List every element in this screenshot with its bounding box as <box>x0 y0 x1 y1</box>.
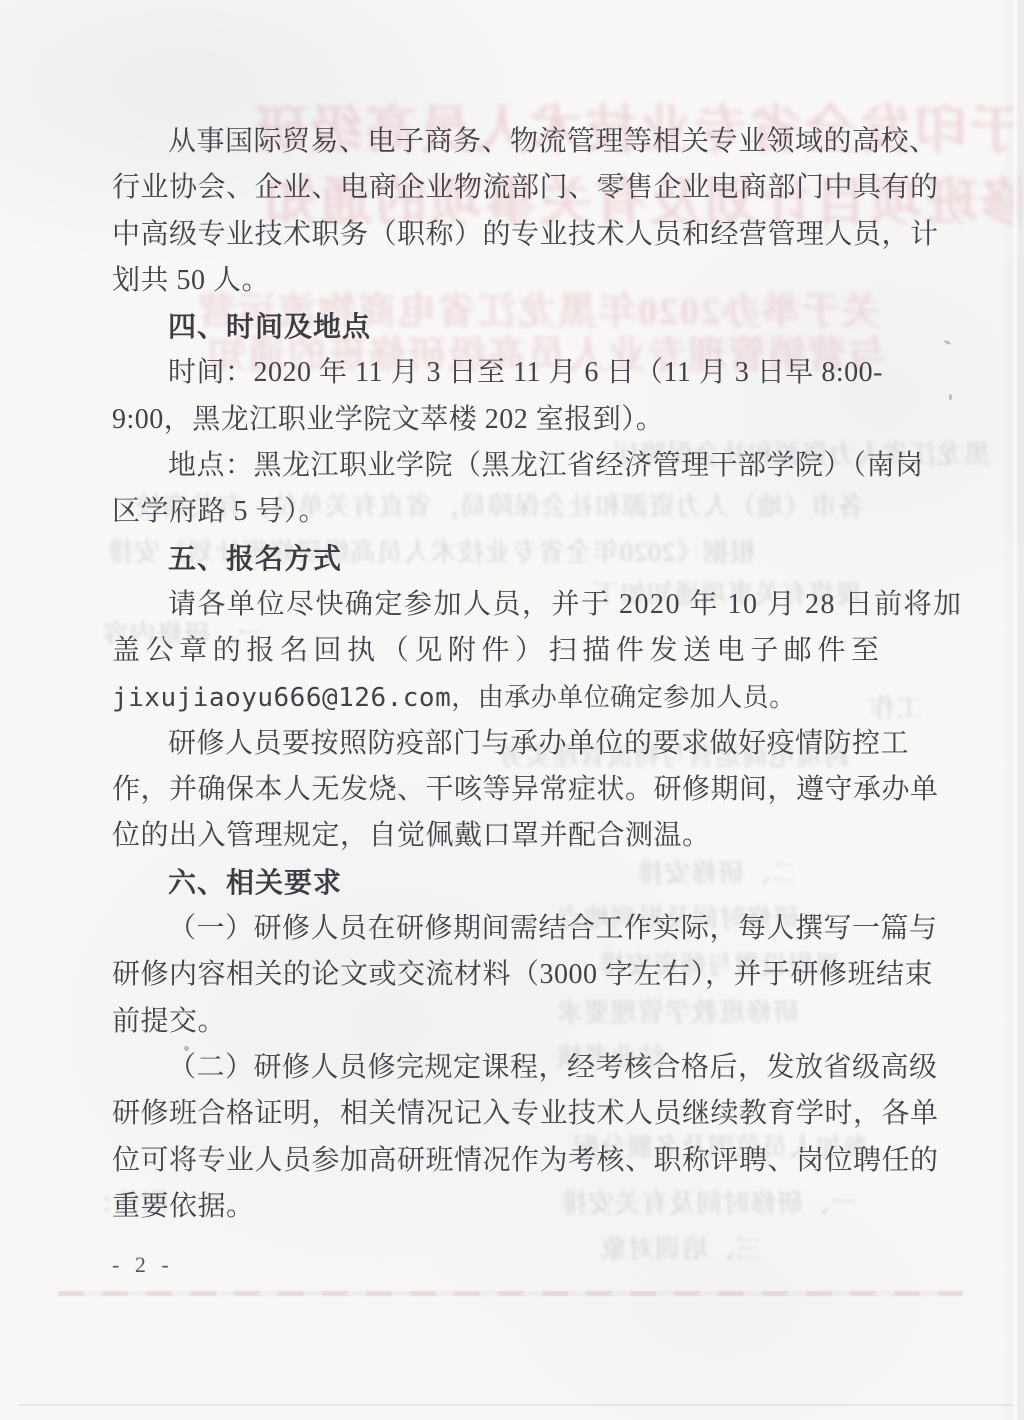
body-line: 重要依据。 <box>112 1184 884 1230</box>
body-line-place: 区学府路 5 号）。 <box>112 489 884 535</box>
body-line: 位可将专业人员参加高研班情况作为考核、职称评聘、岗位聘任的 <box>112 1138 884 1184</box>
body-line: 位的出入管理规定，自觉佩戴口罩并配合测温。 <box>112 813 884 859</box>
body-line: 盖公章的报名回执（见附件）扫描件发送电子邮件至 <box>112 628 884 674</box>
body-line: 作，并确保本人无发烧、干咳等异常症状。研修期间，遵守承办单 <box>112 767 884 813</box>
scan-speck <box>949 394 952 400</box>
body-line: 研修人员要按照防疫部门与承办单位的要求做好疫情防控工 <box>112 721 884 767</box>
scan-speck <box>184 1046 189 1051</box>
document-body: 从事国际贸易、电子商务、物流管理等相关专业领域的高校、 行业协会、企业、电商企业… <box>112 119 884 1230</box>
scan-streak <box>18 1404 1018 1406</box>
body-line: 从事国际贸易、电子商务、物流管理等相关专业领域的高校、 <box>112 119 884 165</box>
body-line: （二）研修人员修完规定课程，经考核合格后，发放省级高级 <box>112 1045 884 1091</box>
page-number: - 2 - <box>112 1252 174 1278</box>
body-line: （一）研修人员在研修期间需结合工作实际，每人撰写一篇与 <box>112 906 884 952</box>
section-heading-time-place: 四、时间及地点 <box>112 304 884 350</box>
bleedthrough-text: 三、培训对象 <box>600 1229 762 1266</box>
body-line: 划共 50 人。 <box>112 258 884 304</box>
body-line: 研修内容相关的论文或交流材料（3000 字左右），并于研修班结束 <box>112 952 884 998</box>
scan-speck <box>944 340 952 346</box>
paper-edge <box>1002 0 1024 1420</box>
body-line-time: 9:00，黑龙江职业学院文萃楼 202 室报到）。 <box>112 397 884 443</box>
section-heading-requirements: 六、相关要求 <box>112 860 884 906</box>
scanned-notice-page-2: 关于印发全省专业技术人员高级研 修班项目计划及有关事项的通知 关于举办2020年… <box>0 0 1024 1420</box>
body-line-time: 时间：2020 年 11 月 3 日至 11 月 6 日（11 月 3 日早 8… <box>112 350 884 396</box>
body-line-email: jixujiaoyu666@126.com，由承办单位确定参加人员。 <box>112 675 884 721</box>
section-heading-registration: 五、报名方式 <box>112 536 884 582</box>
body-line: 请各单位尽快确定参加人员，并于 2020 年 10 月 28 日前将加 <box>112 582 884 628</box>
scan-streak <box>58 1291 963 1296</box>
body-line: 前提交。 <box>112 999 884 1045</box>
body-line-place: 地点：黑龙江职业学院（黑龙江省经济管理干部学院）（南岗 <box>112 443 884 489</box>
body-line: 中高级专业技术职务（职称）的专业技术人员和经营管理人员，计 <box>112 212 884 258</box>
body-line: 研修班合格证明，相关情况记入专业技术人员继续教育学时，各单 <box>112 1091 884 1137</box>
body-line: 行业协会、企业、电商企业物流部门、零售企业电商部门中具有的 <box>112 165 884 211</box>
